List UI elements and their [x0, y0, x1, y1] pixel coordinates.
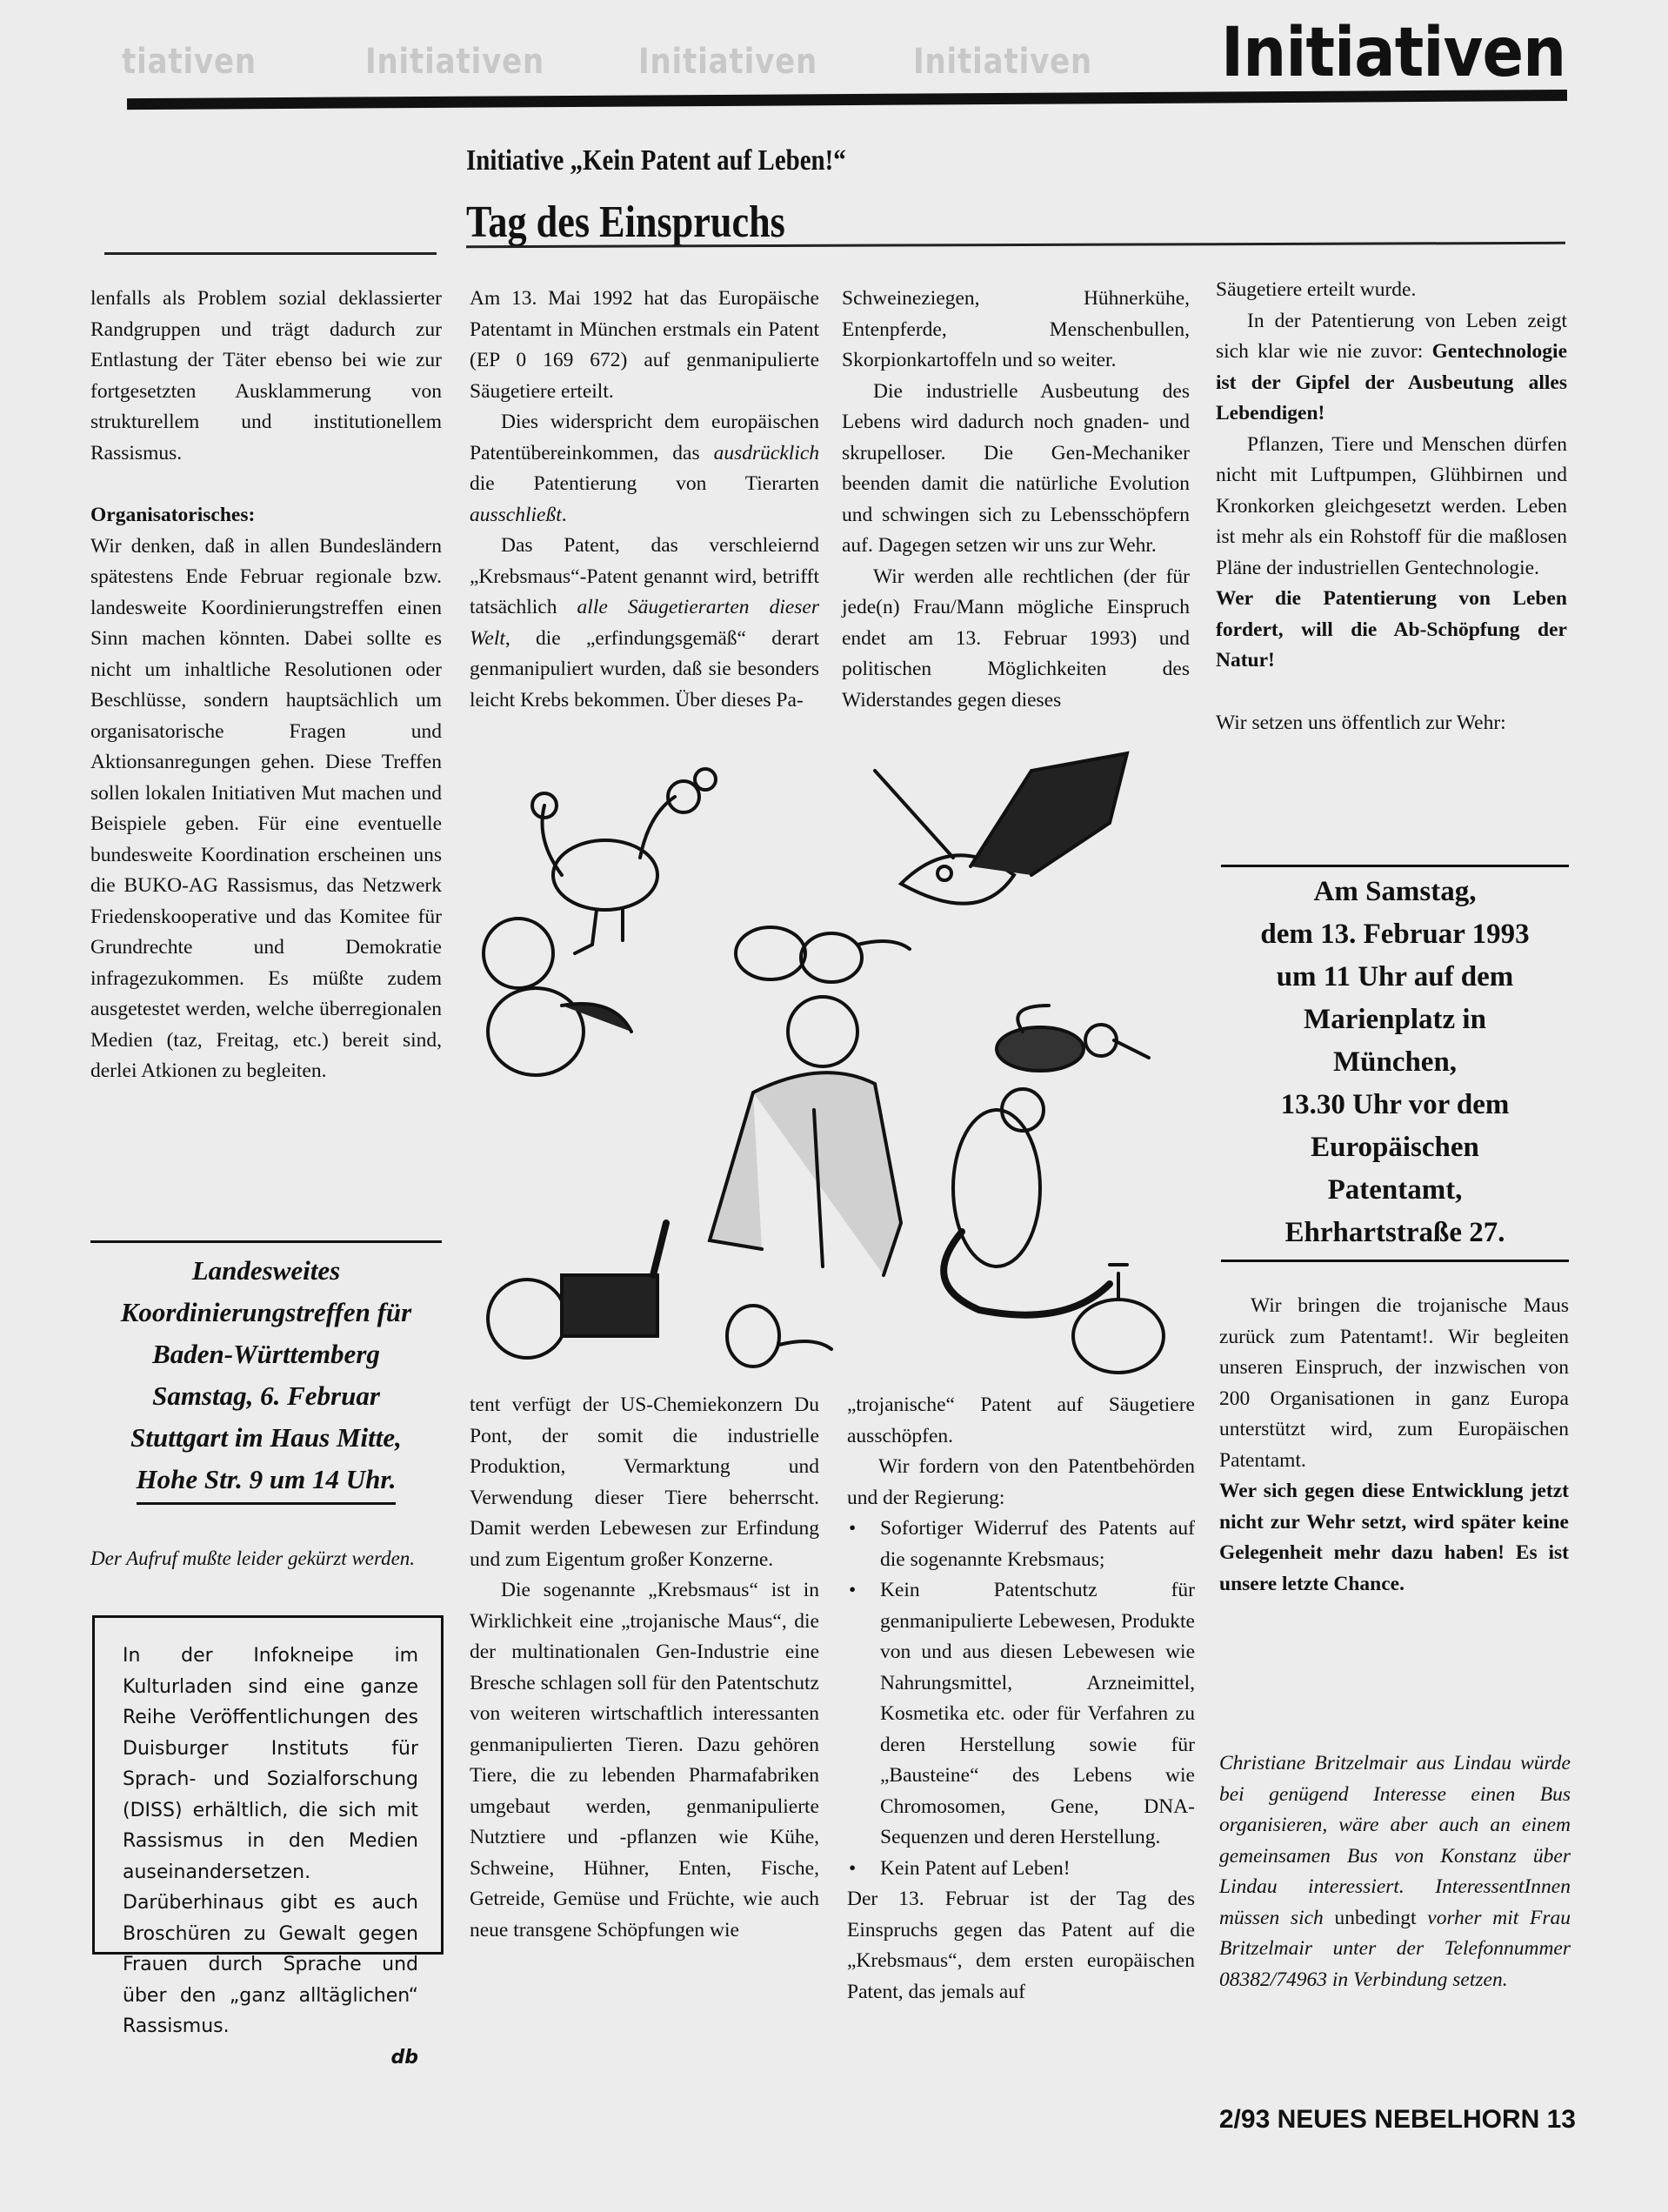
- event-line: dem 13. Februar 1993: [1221, 913, 1569, 956]
- callout-line: Baden-Württemberg: [90, 1333, 442, 1375]
- section-header-faded: Initiativen: [365, 42, 544, 82]
- paragraph: Pflanzen, Tiere und Menschen dürfen nich…: [1216, 430, 1567, 585]
- column-4: Säugetiere erteilt wurde. In der Patenti…: [1216, 275, 1567, 738]
- paragraph: Wir werden alle rechtlichen (der für jed…: [842, 562, 1190, 717]
- article-headline: Tag des Einspruchs: [466, 197, 785, 248]
- monkey-icon: [484, 919, 631, 1075]
- column-4-continued: Wir bringen die trojanische Maus zurück …: [1219, 1291, 1569, 1600]
- paragraph: Säugetiere erteilt wurde.: [1216, 275, 1567, 306]
- list-item: Kein Patent auf Leben!: [847, 1854, 1195, 1885]
- paragraph: Wir fordern von den Patentbehörden und d…: [847, 1452, 1195, 1514]
- paragraph: Wir bringen die trojanische Maus zurück …: [1219, 1291, 1569, 1476]
- paragraph: Die industrielle Ausbeutung des Lebens w…: [842, 377, 1190, 562]
- author-signature: db: [123, 2042, 418, 2074]
- callout-line: Stuttgart im Haus Mitte,: [90, 1417, 442, 1459]
- paragraph: Am 13. Mai 1992 hat das Europäische Pate…: [470, 284, 819, 407]
- event-line: Ehrhartstraße 27.: [1221, 1212, 1569, 1262]
- column-3-continued: „trojanische“ Patent auf Säugetiere auss…: [847, 1390, 1195, 2008]
- callout-line: Hohe Str. 9 um 14 Uhr.: [137, 1459, 397, 1505]
- paragraph: Wir denken, daß in allen Bundesländern s…: [90, 531, 442, 1087]
- event-line: Europäischen: [1221, 1126, 1569, 1169]
- paragraph: lenfalls als Problem sozial deklassierte…: [90, 284, 442, 469]
- left-column-rule: [104, 252, 437, 255]
- fly-bird-icon: [997, 1006, 1149, 1071]
- list-item: Sofortiger Widerruf des Patents auf die …: [847, 1514, 1195, 1575]
- event-line: Marienplatz in: [1221, 999, 1569, 1041]
- fish-bat-icon: [875, 753, 1127, 904]
- cartoon-illustration: [466, 745, 1197, 1380]
- gorilla-man-icon: [710, 997, 901, 1275]
- event-line: Patentamt,: [1221, 1169, 1569, 1212]
- mouse-icon: [727, 1306, 831, 1367]
- section-header-faded: tiativen: [122, 42, 257, 82]
- event-line: München,: [1221, 1041, 1569, 1084]
- column-3: Schweineziegen, Hühnerkühe, Entenpferde,…: [842, 284, 1190, 716]
- page-footer: 2/93 NEUES NEBELHORN 13: [1219, 2105, 1576, 2135]
- section-header: Initiativen: [1221, 19, 1565, 87]
- bus-note: Christiane Britzelmair aus Lindau würde …: [1219, 1748, 1571, 1995]
- paragraph: Wir setzen uns öffentlich zur Wehr:: [1216, 708, 1567, 739]
- article-kicker: Initiative „Kein Patent auf Leben!“: [466, 144, 846, 177]
- face-bird-icon: [736, 927, 910, 982]
- column-1: lenfalls als Problem sozial deklassierte…: [90, 284, 442, 1087]
- cat-face-icon: [488, 1223, 666, 1358]
- paragraph: Die sogenannte „Krebsmaus“ ist in Wirkli…: [470, 1575, 819, 1946]
- paragraph-bold: Wer die Patentierung von Leben fordert, …: [1216, 584, 1567, 677]
- column-2-continued: tent verfügt der US-Chemiekonzern Du Pon…: [470, 1390, 819, 1946]
- paragraph: Das Patent, das verschleiernd „Krebsmaus…: [470, 531, 819, 716]
- event-line: 13.30 Uhr vor dem: [1221, 1084, 1569, 1126]
- event-line: um 11 Uhr auf dem: [1221, 956, 1569, 999]
- egg-icon: [1073, 1265, 1164, 1373]
- magazine-page: tiativen Initiativen Initiativen Initiat…: [0, 0, 1668, 2212]
- header-rule: [127, 90, 1567, 110]
- list-item: Kein Patentschutz für genmanipulierte Le…: [847, 1575, 1195, 1854]
- tree-chicken-icon: [532, 769, 716, 953]
- rat-icon: [944, 1089, 1110, 1315]
- editor-note: Der Aufruf mußte leider gekürzt werden.: [90, 1543, 442, 1574]
- info-box: In der Infokneipe im Kulturladen sind ei…: [92, 1615, 444, 1955]
- callout-line: Landesweites: [90, 1250, 442, 1292]
- callout-line: Koordinierungstreffen für: [90, 1292, 442, 1333]
- paragraph: Der 13. Februar ist der Tag des Einspruc…: [847, 1884, 1195, 2008]
- event-line: Am Samstag,: [1221, 871, 1569, 913]
- column-2: Am 13. Mai 1992 hat das Europäische Pate…: [470, 284, 819, 716]
- paragraph: tent verfügt der US-Chemiekonzern Du Pon…: [470, 1390, 819, 1575]
- section-header-faded: Initiativen: [913, 42, 1092, 82]
- paragraph: Dies widerspricht dem europäischen Paten…: [470, 407, 819, 531]
- meeting-callout: Landesweites Koordinierungstreffen für B…: [90, 1240, 442, 1505]
- paragraph: „trojanische“ Patent auf Säugetiere auss…: [847, 1390, 1195, 1452]
- paragraph: Schweineziegen, Hühnerkühe, Entenpferde,…: [842, 284, 1190, 377]
- subheading-organisatorisches: Organisatorisches:: [90, 500, 442, 531]
- info-box-text: In der Infokneipe im Kulturladen sind ei…: [123, 1641, 418, 2042]
- paragraph: In der Patentierung von Leben zeigt sich…: [1216, 306, 1567, 430]
- section-header-faded: Initiativen: [638, 42, 817, 82]
- demands-list: Sofortiger Widerruf des Patents auf die …: [847, 1514, 1195, 1884]
- paragraph-bold: Wer sich gegen diese Entwicklung jetzt n…: [1219, 1476, 1569, 1600]
- callout-line: Samstag, 6. Februar: [90, 1375, 442, 1417]
- paragraph: Christiane Britzelmair aus Lindau würde …: [1219, 1748, 1571, 1995]
- event-callout: Am Samstag, dem 13. Februar 1993 um 11 U…: [1221, 865, 1569, 1262]
